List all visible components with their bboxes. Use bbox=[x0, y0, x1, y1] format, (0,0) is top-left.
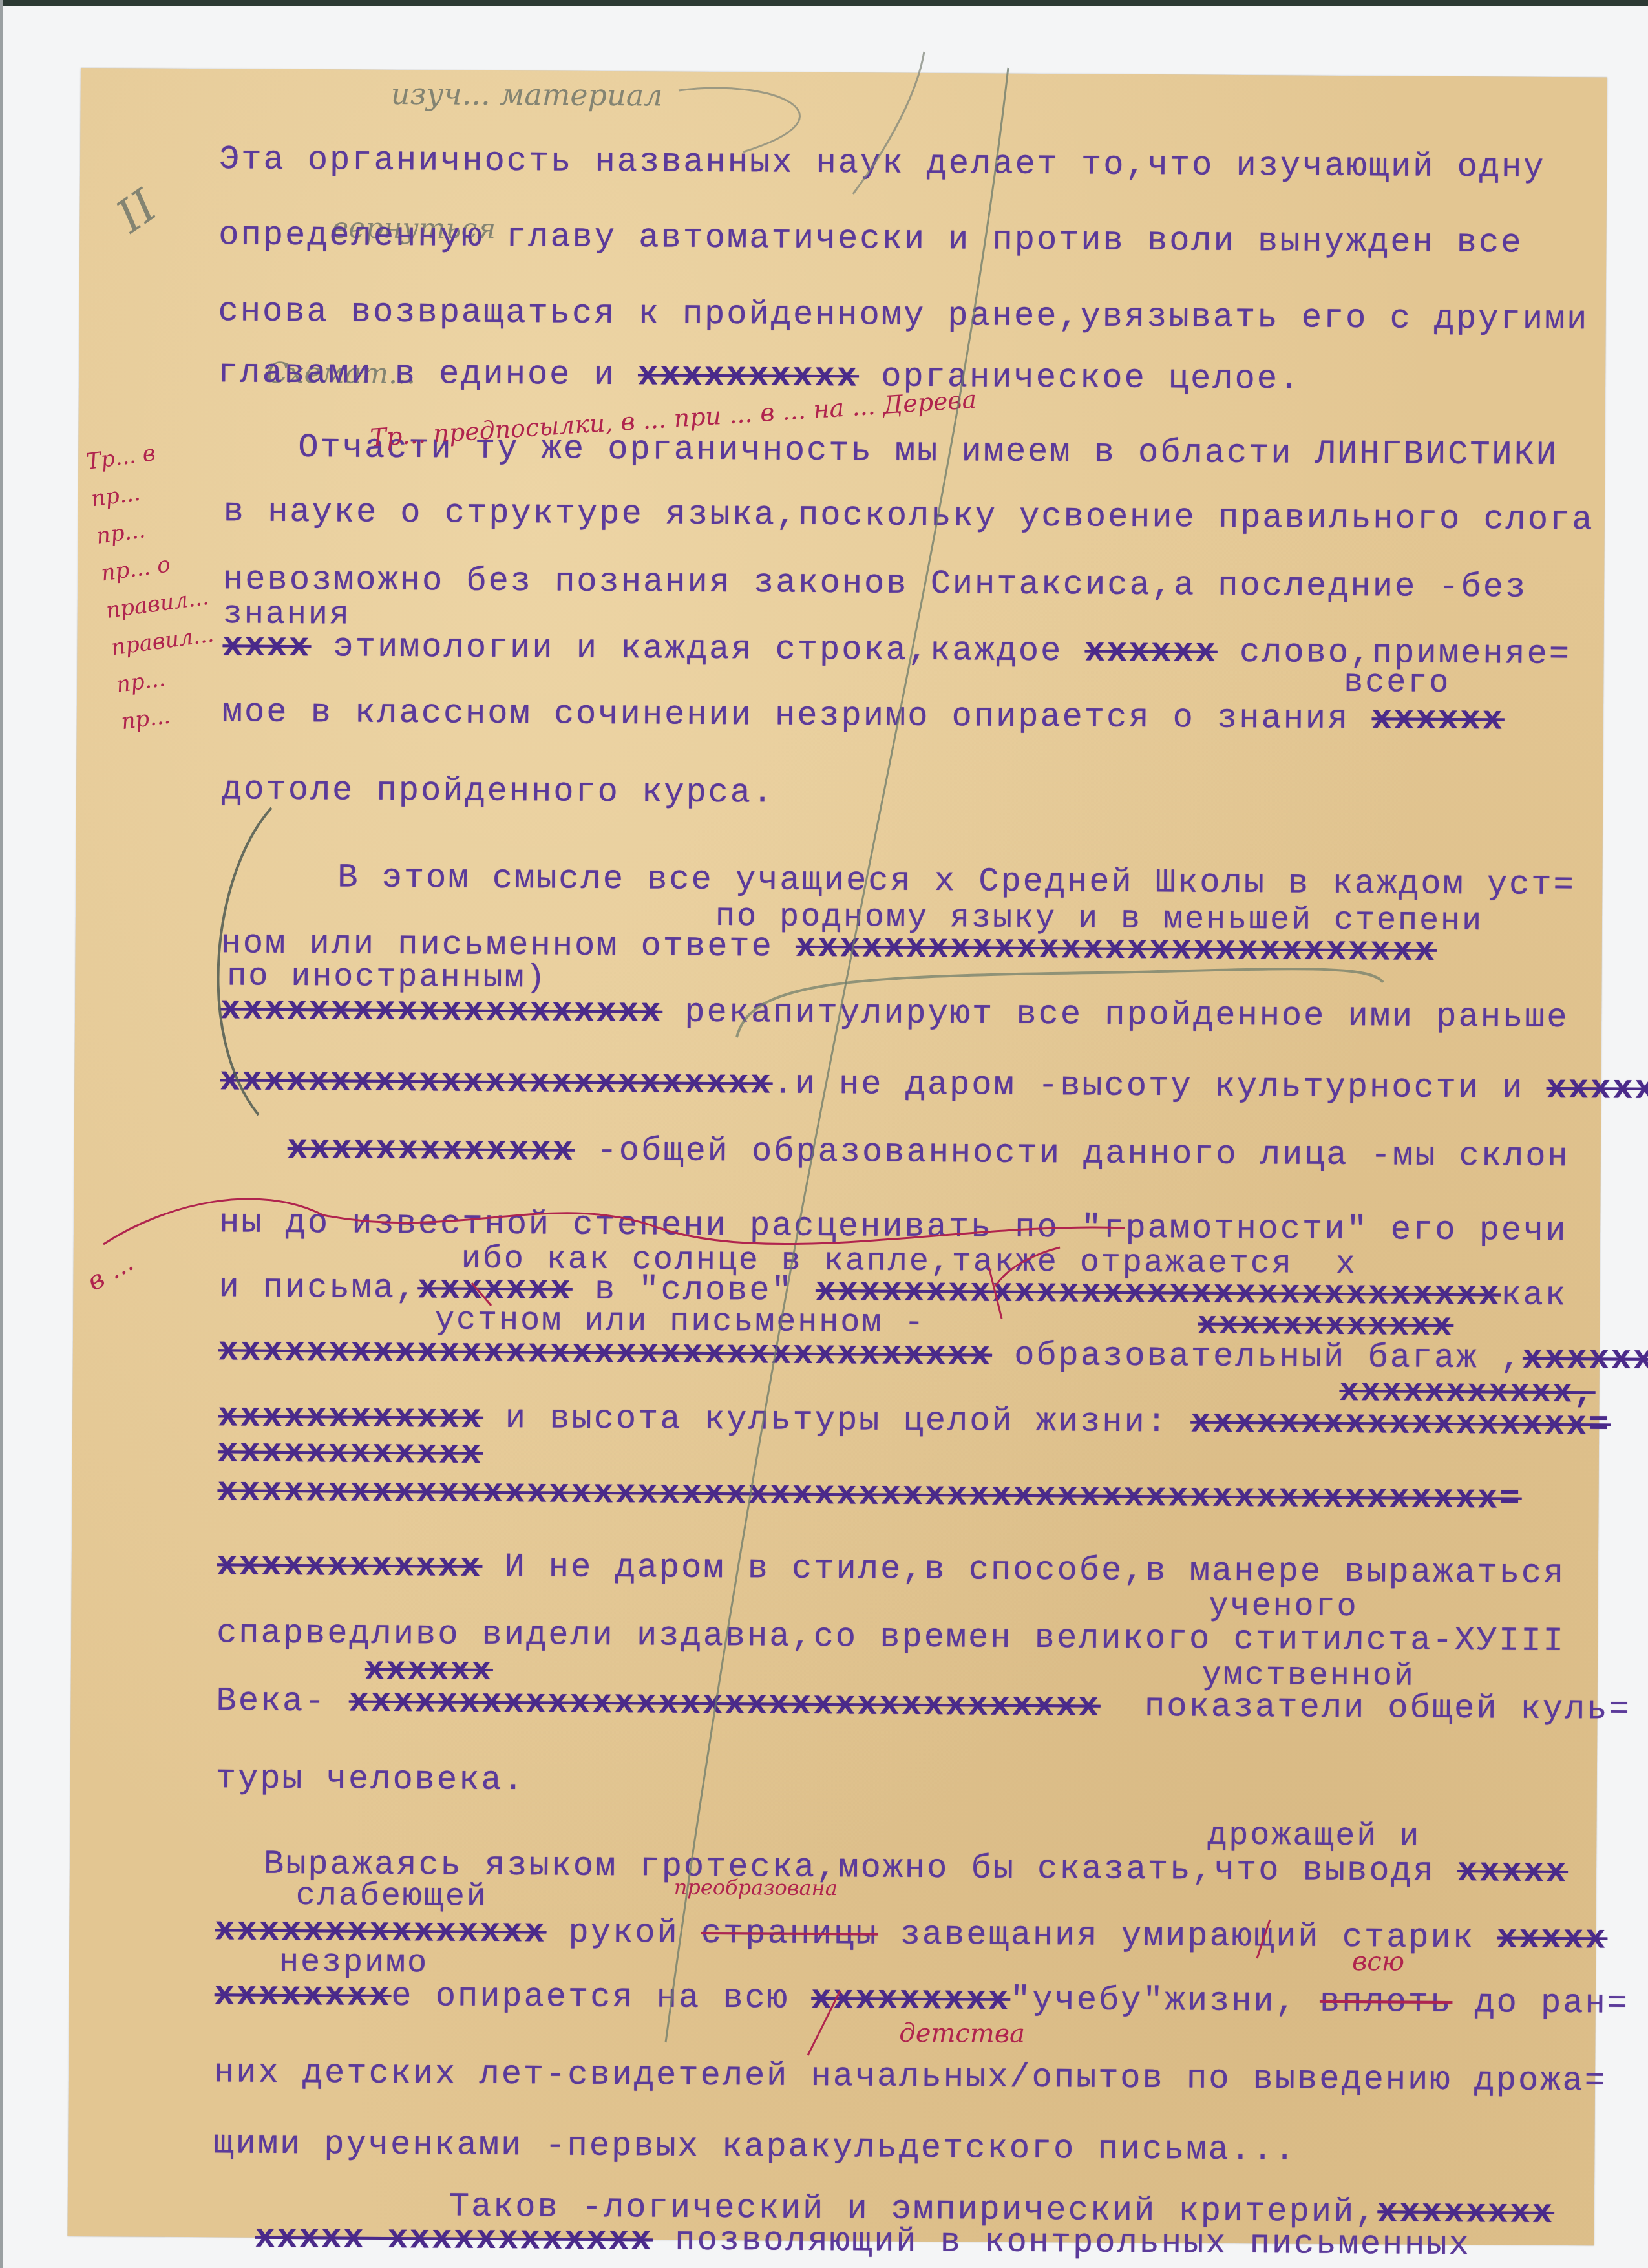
struck-text: xxxxxxxxxxxx bbox=[218, 1436, 483, 1471]
text-fragment: рукой bbox=[546, 1913, 701, 1952]
inserted-text: незримо bbox=[279, 1947, 428, 1980]
text-fragment: этимологии и каждая строка,каждое bbox=[311, 628, 1085, 670]
struck-text: xxxxxxxx bbox=[215, 1976, 392, 2015]
text-line: невозможно без познания законов Синтакси… bbox=[223, 563, 1527, 604]
pencil-header-note: изуч... материал bbox=[391, 76, 663, 113]
scanner-top-edge bbox=[0, 0, 1648, 6]
text-line: щими рученками -первых каракульдетского … bbox=[213, 2127, 1296, 2167]
struck-text: xxxxxxxxxxxxx bbox=[288, 1130, 575, 1170]
text-fragment: до ран= bbox=[1452, 1984, 1629, 2023]
struck-text: xxxxxxxxxxxxxxxxxxxxxxxxxxxxxxxxxxxxxxxx… bbox=[217, 1474, 1521, 1516]
text-fragment: И не даром в стиле,в способе,в манере вы… bbox=[482, 1548, 1565, 1593]
text-fragment: и высота культуры целой жизни: bbox=[483, 1399, 1191, 1442]
inserted-text: ученого bbox=[1209, 1591, 1358, 1624]
text-line: xxxxx xxxxxxxxxxxx позволяющий в контрол… bbox=[255, 2221, 1471, 2262]
text-line: xxxxxxxxе опирается на всю xxxxxxxxx"уче… bbox=[215, 1978, 1629, 2020]
section-mark: II bbox=[107, 179, 166, 243]
text-line: в науке о структуре языка,поскольку усво… bbox=[224, 495, 1594, 537]
text-fragment: позволяющий в контрольных письменных bbox=[653, 2221, 1471, 2264]
inserted-text: по иностранным) bbox=[227, 960, 547, 995]
text-line: Эта органичность названных наук делает т… bbox=[219, 143, 1546, 185]
scanner-left-edge bbox=[0, 0, 3, 2268]
struck-text: xxxxx bbox=[1547, 1070, 1648, 1108]
struck-text-red: страницы bbox=[701, 1914, 878, 1954]
struck-text: xxxx bbox=[222, 627, 311, 666]
text-line: xxxxxxxxxxxx И не даром в стиле,в способ… bbox=[217, 1549, 1566, 1591]
struck-text: xxxxxxxxxxxxxxxxxx= bbox=[1190, 1404, 1611, 1445]
struck-text: xxxxx xxxxxxxxxxxx bbox=[255, 2219, 653, 2260]
text-line: ны до известной степени расценивать по "… bbox=[219, 1206, 1568, 1248]
red-margin-note: Тр... в пр... пр... пр... о правил... пр… bbox=[84, 432, 207, 741]
text-fragment: показатели общей куль= bbox=[1101, 1688, 1631, 1729]
struck-text: xxxxxxxxxxxx bbox=[218, 1397, 483, 1437]
struck-text: xxxxxxxxxxxxxxxxxxxxxxxxxxxxx bbox=[796, 928, 1437, 970]
text-line: них детских лет-свидетелей начальных/опы… bbox=[214, 2056, 1607, 2098]
text-line: xxxxxxxxxxxxx -общей образованности данн… bbox=[288, 1132, 1570, 1174]
text-line: главами в единое и xxxxxxxxxx органическ… bbox=[218, 356, 1301, 396]
text-line: определенную главу автоматически и проти… bbox=[218, 218, 1523, 260]
text-fragment: е опирается на всю bbox=[391, 1977, 811, 2018]
text-fragment: Века- bbox=[216, 1682, 349, 1721]
struck-text: xxxxx bbox=[1457, 1852, 1568, 1891]
text-fragment: рекапитулируют все пройденное ими раньше bbox=[662, 993, 1569, 1037]
text-line: xxxxxxxxxxxxxxxxxxxxxxxxxxxxxxxxxxx обра… bbox=[218, 1334, 1648, 1377]
inserted-text: всего bbox=[1344, 667, 1450, 700]
red-note-vsyu: всю bbox=[1352, 1947, 1404, 1977]
struck-text: xxxxx bbox=[1497, 1919, 1607, 1958]
struck-text: xxxxxxxxxxxxxxxxxxxx bbox=[220, 990, 662, 1031]
text-line: xxxxxxxxxxxxxxxxxxxxxxxxx.и не даром -вы… bbox=[220, 1064, 1648, 1107]
struck-text: xxxxxxxxxxxxxxxxxxxxxxxxxxxxxxxxxxx bbox=[218, 1331, 993, 1374]
inserted-text: слабеющей bbox=[296, 1880, 488, 1914]
text-fragment: и письма, bbox=[218, 1268, 417, 1308]
text-fragment: "учебу"жизни, bbox=[1010, 1981, 1320, 2021]
struck-text: xxxxxx bbox=[1371, 700, 1505, 739]
text-line: В этом смысле все учащиеся x Средней Шко… bbox=[337, 861, 1576, 902]
text-fragment: -общей образованности данного лица -мы с… bbox=[575, 1132, 1570, 1176]
text-line: мое в классном сочинении незримо опирает… bbox=[222, 695, 1505, 737]
struck-text: xxxxxxxxxxxxxxxxxxxxxxxxxxxxxxxxxx bbox=[349, 1683, 1101, 1726]
text-fragment: как bbox=[1501, 1276, 1567, 1315]
red-note-detstva: детства bbox=[899, 2019, 1025, 2049]
text-line: дотоле пройденного курса. bbox=[222, 773, 774, 810]
struck-text: xxxxxxxxxx bbox=[638, 356, 859, 396]
red-note-preobrazovana: преобразована bbox=[674, 1875, 838, 1901]
struck-text-red: вплоть bbox=[1320, 1983, 1453, 2022]
text-fragment: мое в классном сочинении незримо опирает… bbox=[222, 693, 1372, 738]
text-line: xxxxxxxxxxxxxxxxxxxx рекапитулируют все … bbox=[220, 993, 1569, 1035]
struck-text: xxxxxxxxx bbox=[811, 1980, 1010, 2019]
text-line: туры человека. bbox=[216, 1762, 525, 1797]
struck-text: xxxxxx bbox=[1084, 633, 1218, 672]
struck-text: xxxxxxxxxxxx bbox=[217, 1546, 483, 1586]
red-note-v-slove: в ... bbox=[82, 1247, 138, 1297]
text-fragment: образовательный багаж , bbox=[992, 1337, 1523, 1378]
struck-text: xxxxxxxxxxxxxxxxxxxxxxxxx bbox=[220, 1061, 772, 1103]
text-line: Века- xxxxxxxxxxxxxxxxxxxxxxxxxxxxxxxxxx… bbox=[216, 1684, 1631, 1726]
typewritten-page: изуч... материал II вернуться Схемат... … bbox=[68, 68, 1607, 2245]
inserted-text: дрожащей и bbox=[1207, 1820, 1421, 1854]
struck-text: xxxxxxxxx bbox=[1523, 1340, 1648, 1379]
text-fragment: .и не даром -высоту культурности и bbox=[772, 1065, 1547, 1108]
text-line: снова возвращаться к пройденному ранее,у… bbox=[218, 295, 1589, 337]
text-fragment: главами в единое и bbox=[218, 354, 638, 394]
